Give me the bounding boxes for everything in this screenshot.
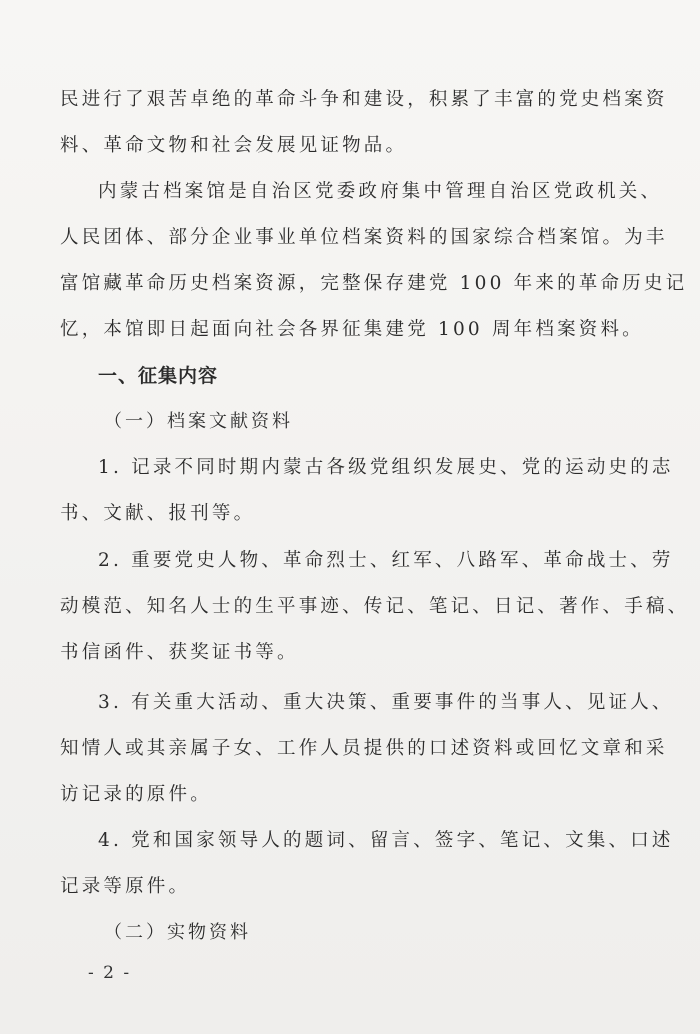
- list-item-line: 访记录的原件。: [60, 783, 212, 807]
- section-heading: 一、征集内容: [98, 364, 218, 388]
- paragraph-line: 忆，本馆即日起面向社会各界征集建党 100 周年档案资料。: [60, 318, 644, 342]
- list-item-line: 动模范、知名人士的生平事迹、传记、笔记、日记、著作、手稿、: [60, 595, 689, 619]
- document-page: 民进行了艰苦卓绝的革命斗争和建设，积累了丰富的党史档案资 料、革命文物和社会发展…: [0, 0, 700, 1034]
- paragraph-line: 民进行了艰苦卓绝的革命斗争和建设，积累了丰富的党史档案资: [60, 88, 668, 112]
- list-item-line: 书、文献、报刊等。: [60, 502, 255, 526]
- paragraph-line: 人民团体、部分企业事业单位档案资料的国家综合档案馆。为丰: [60, 226, 668, 250]
- list-item-line: 1. 记录不同时期内蒙古各级党组织发展史、党的运动史的志: [98, 456, 674, 480]
- list-item-line: 知情人或其亲属子女、工作人员提供的口述资料或回忆文章和采: [60, 737, 668, 761]
- paragraph-line: 富馆藏革命历史档案资源，完整保存建党 100 年来的革命历史记: [60, 272, 687, 296]
- paragraph-line: 内蒙古档案馆是自治区党委政府集中管理自治区党政机关、: [98, 180, 662, 204]
- list-item-line: 4. 党和国家领导人的题词、留言、签字、笔记、文集、口述: [98, 829, 674, 853]
- subsection-heading: （二）实物资料: [104, 921, 251, 945]
- list-item-line: 记录等原件。: [60, 875, 190, 899]
- list-item-line: 2. 重要党史人物、革命烈士、红军、八路军、革命战士、劳: [98, 549, 674, 573]
- subsection-heading: （一）档案文献资料: [104, 410, 293, 434]
- paragraph-line: 料、革命文物和社会发展见证物品。: [60, 134, 407, 158]
- list-item-line: 书信函件、获奖证书等。: [60, 641, 299, 665]
- page-number: - 2 -: [88, 963, 131, 983]
- list-item-line: 3. 有关重大活动、重大决策、重要事件的当事人、见证人、: [98, 691, 674, 715]
